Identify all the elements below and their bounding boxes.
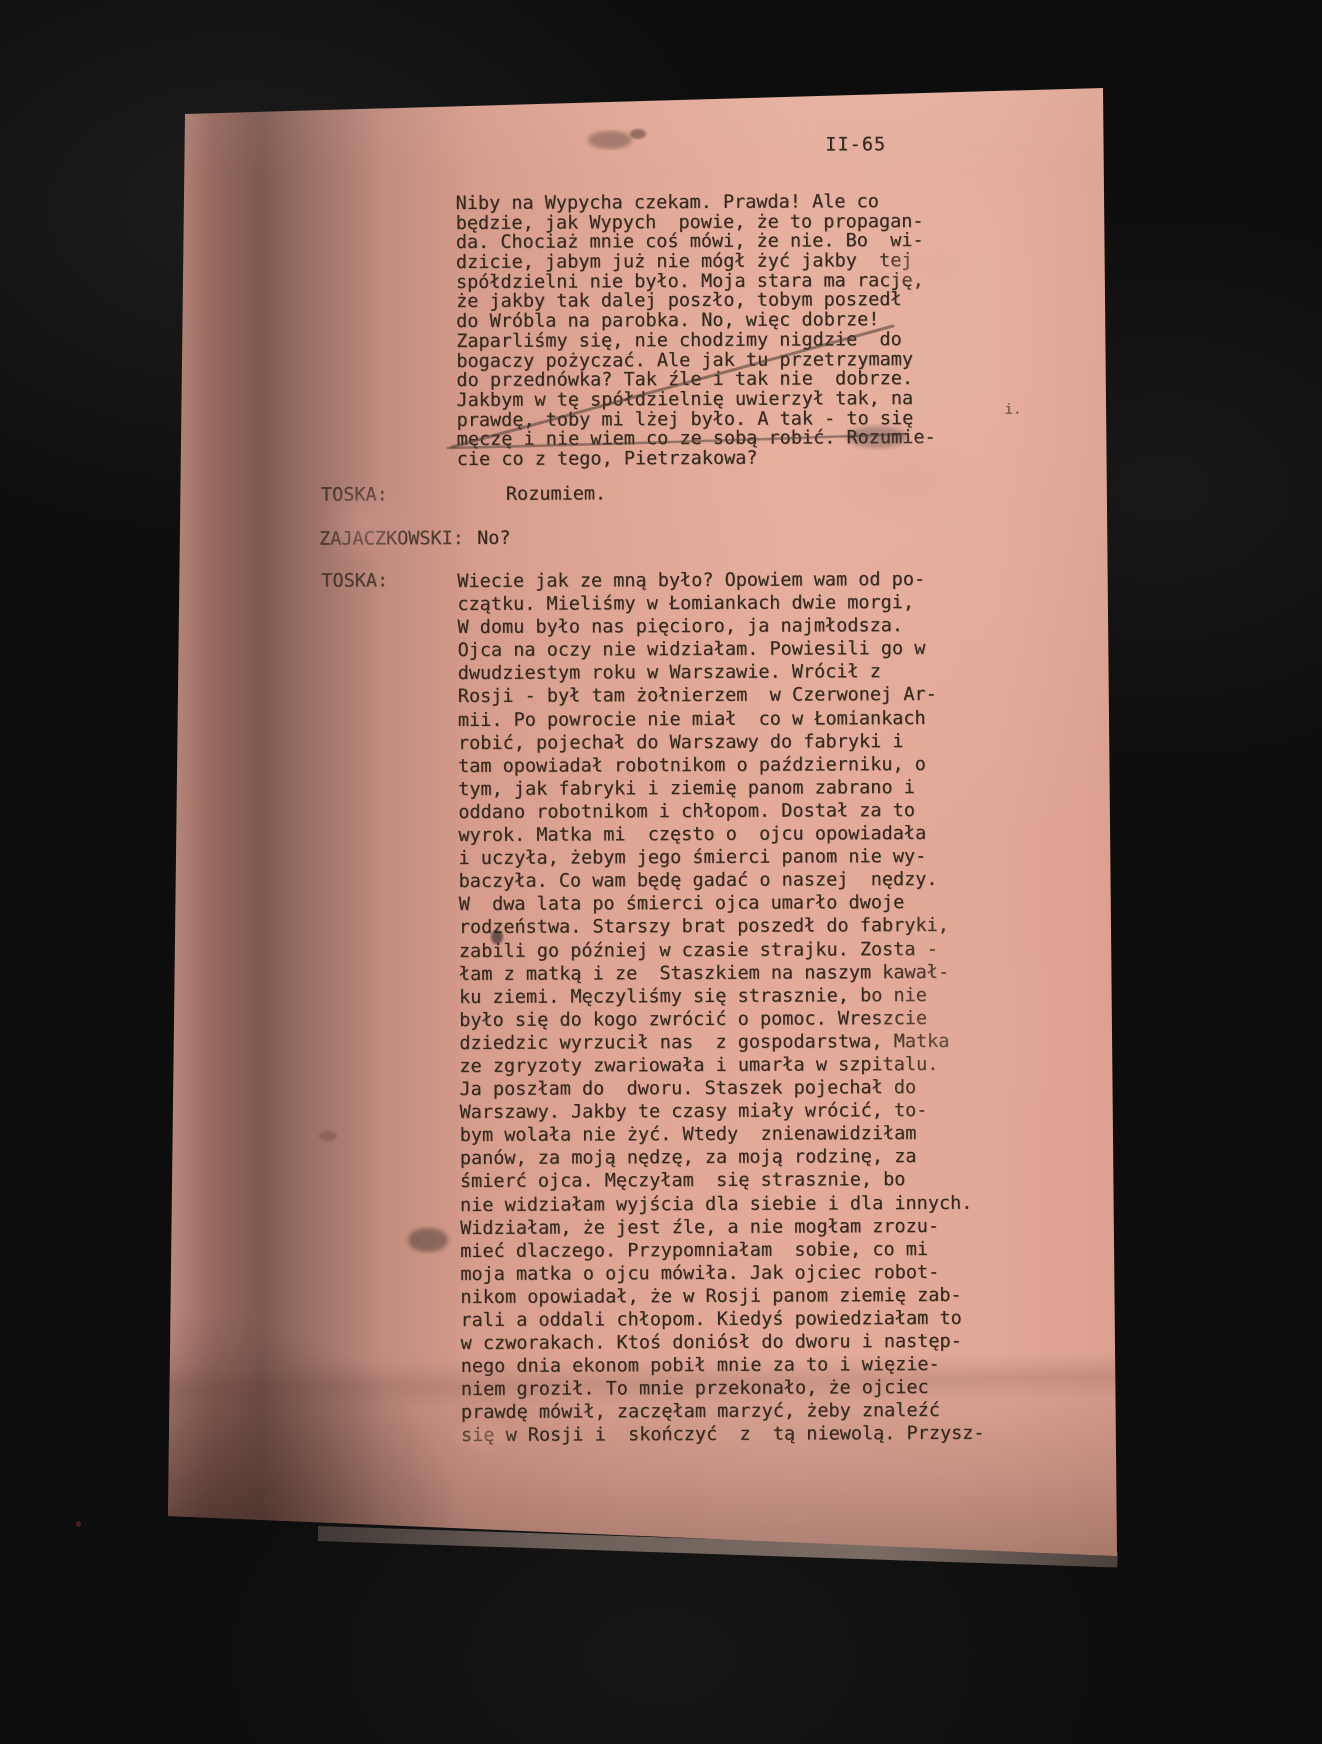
text-line: W dwa lata po śmierci ojca umarło dwoje <box>459 891 983 916</box>
speech-toska-rozumiem: Rozumiem. <box>506 483 606 504</box>
text-line: Widziałam, że jest źle, a nie mogłam zro… <box>460 1214 984 1239</box>
text-line: No? <box>477 528 511 549</box>
text-line: niem groził. To mnie przekonało, że ojci… <box>461 1376 985 1401</box>
text-line: Wiecie jak ze mną było? Opowiem wam od p… <box>457 568 981 593</box>
speech-continuation: Niby na Wypycha czekam. Prawda! Ale cobę… <box>456 192 936 470</box>
text-line: nikom opowiadał, że w Rosji panom ziemię… <box>460 1284 984 1309</box>
text-line: ze zgryzoty zwariowała i umarła w szpita… <box>459 1053 983 1078</box>
text-line: śmierć ojca. Męczyłam się strasznie, bo <box>460 1168 984 1193</box>
scan-background: II-65 Niby na Wypycha czekam. Prawda! Al… <box>0 0 1322 1744</box>
text-line: robić, pojechał do Warszawy do fabryki i <box>458 729 982 754</box>
text-line: Ja poszłam do dworu. Staszek pojechał do <box>459 1076 983 1101</box>
text-line: moja matka o ojcu mówiła. Jak ojciec rob… <box>460 1261 984 1286</box>
speaker-label-zajaczkowski: ZAJACZKOWSKI: <box>319 528 464 550</box>
text-line: się w Rosji i skończyć z tą niewolą. Prz… <box>461 1422 985 1447</box>
text-line: męczę i nie wiem co ze sobą robić. Rozum… <box>457 428 936 450</box>
page-number: II-65 <box>825 134 886 155</box>
script-page: II-65 Niby na Wypycha czekam. Prawda! Al… <box>168 88 1117 1556</box>
text-line: było się do kogo zwrócić o pomoc. Wreszc… <box>459 1007 983 1032</box>
speech-toska-story: Wiecie jak ze mną było? Opowiem wam od p… <box>457 568 984 1448</box>
text-line: tam opowiadał robotnikom o październiku,… <box>458 753 982 778</box>
text-line: prawdę mówił, zaczęłam marzyć, żeby znal… <box>461 1399 985 1424</box>
text-line: rali a oddali chłopom. Kiedyś powiedział… <box>460 1307 984 1332</box>
speaker-label-toska-2: TOSKA: <box>321 570 388 591</box>
text-line: w czworakach. Ktoś doniósł do dworu i na… <box>461 1330 985 1355</box>
text-line: panów, za moją nędzę, za moją rodzinę, z… <box>460 1145 984 1170</box>
text-line: Ojca na oczy nie widziałam. Powiesili go… <box>458 637 982 662</box>
text-line: Rosji - był tam żołnierzem w Czerwonej A… <box>458 683 982 708</box>
red-speck <box>76 1521 81 1527</box>
text-line: czątku. Mieliśmy w Łomiankach dwie morgi… <box>457 591 981 616</box>
text-line: łam z matką i ze Staszkiem na naszym kaw… <box>459 960 983 985</box>
speaker-label-toska: TOSKA: <box>321 484 388 505</box>
text-line: mii. Po powrocie nie miał co w Łomiankac… <box>458 706 982 731</box>
text-line: oddano robotnikom i chłopom. Dostał za t… <box>458 799 982 824</box>
text-line: cie co z tego, Pietrzakowa? <box>457 448 936 470</box>
text-line: baczyła. Co wam będę gadać o naszej nędz… <box>459 868 983 893</box>
text-line: W domu było nas pięcioro, ja najmłodsza. <box>457 614 981 639</box>
text-line: wyrok. Matka mi często o ojcu opowiadała <box>458 822 982 847</box>
speech-zajaczkowski-no: No? <box>477 528 511 549</box>
text-line: dziedzic wyrzucił nas z gospodarstwa, Ma… <box>459 1030 983 1055</box>
text-line: i uczyła, żebym jego śmierci panom nie w… <box>458 845 982 870</box>
text-line: bym wolała nie żyć. Wtedy znienawidziłam <box>460 1122 984 1147</box>
margin-stray-mark: i. <box>1005 402 1022 418</box>
text-line: ku ziemi. Męczyliśmy się strasznie, bo n… <box>459 983 983 1008</box>
typed-text-layer: II-65 Niby na Wypycha czekam. Prawda! Al… <box>167 85 1122 1557</box>
text-line: rodzeństwa. Starszy brat poszedł do fabr… <box>459 914 983 939</box>
text-line: nie widziałam wyjścia dla siebie i dla i… <box>460 1191 984 1216</box>
text-line: dwudziestym roku w Warszawie. Wrócił z <box>458 660 982 685</box>
text-line: tym, jak fabryki i ziemię panom zabrano … <box>458 776 982 801</box>
text-line: Warszawy. Jakby te czasy miały wrócić, t… <box>460 1099 984 1124</box>
text-line: Rozumiem. <box>506 483 606 504</box>
text-line: mieć dlaczego. Przypomniałam sobie, co m… <box>460 1237 984 1262</box>
text-line: nego dnia ekonom pobił mnie za to i więz… <box>461 1353 985 1378</box>
text-line: zabili go później w czasie strajku. Zost… <box>459 937 983 962</box>
